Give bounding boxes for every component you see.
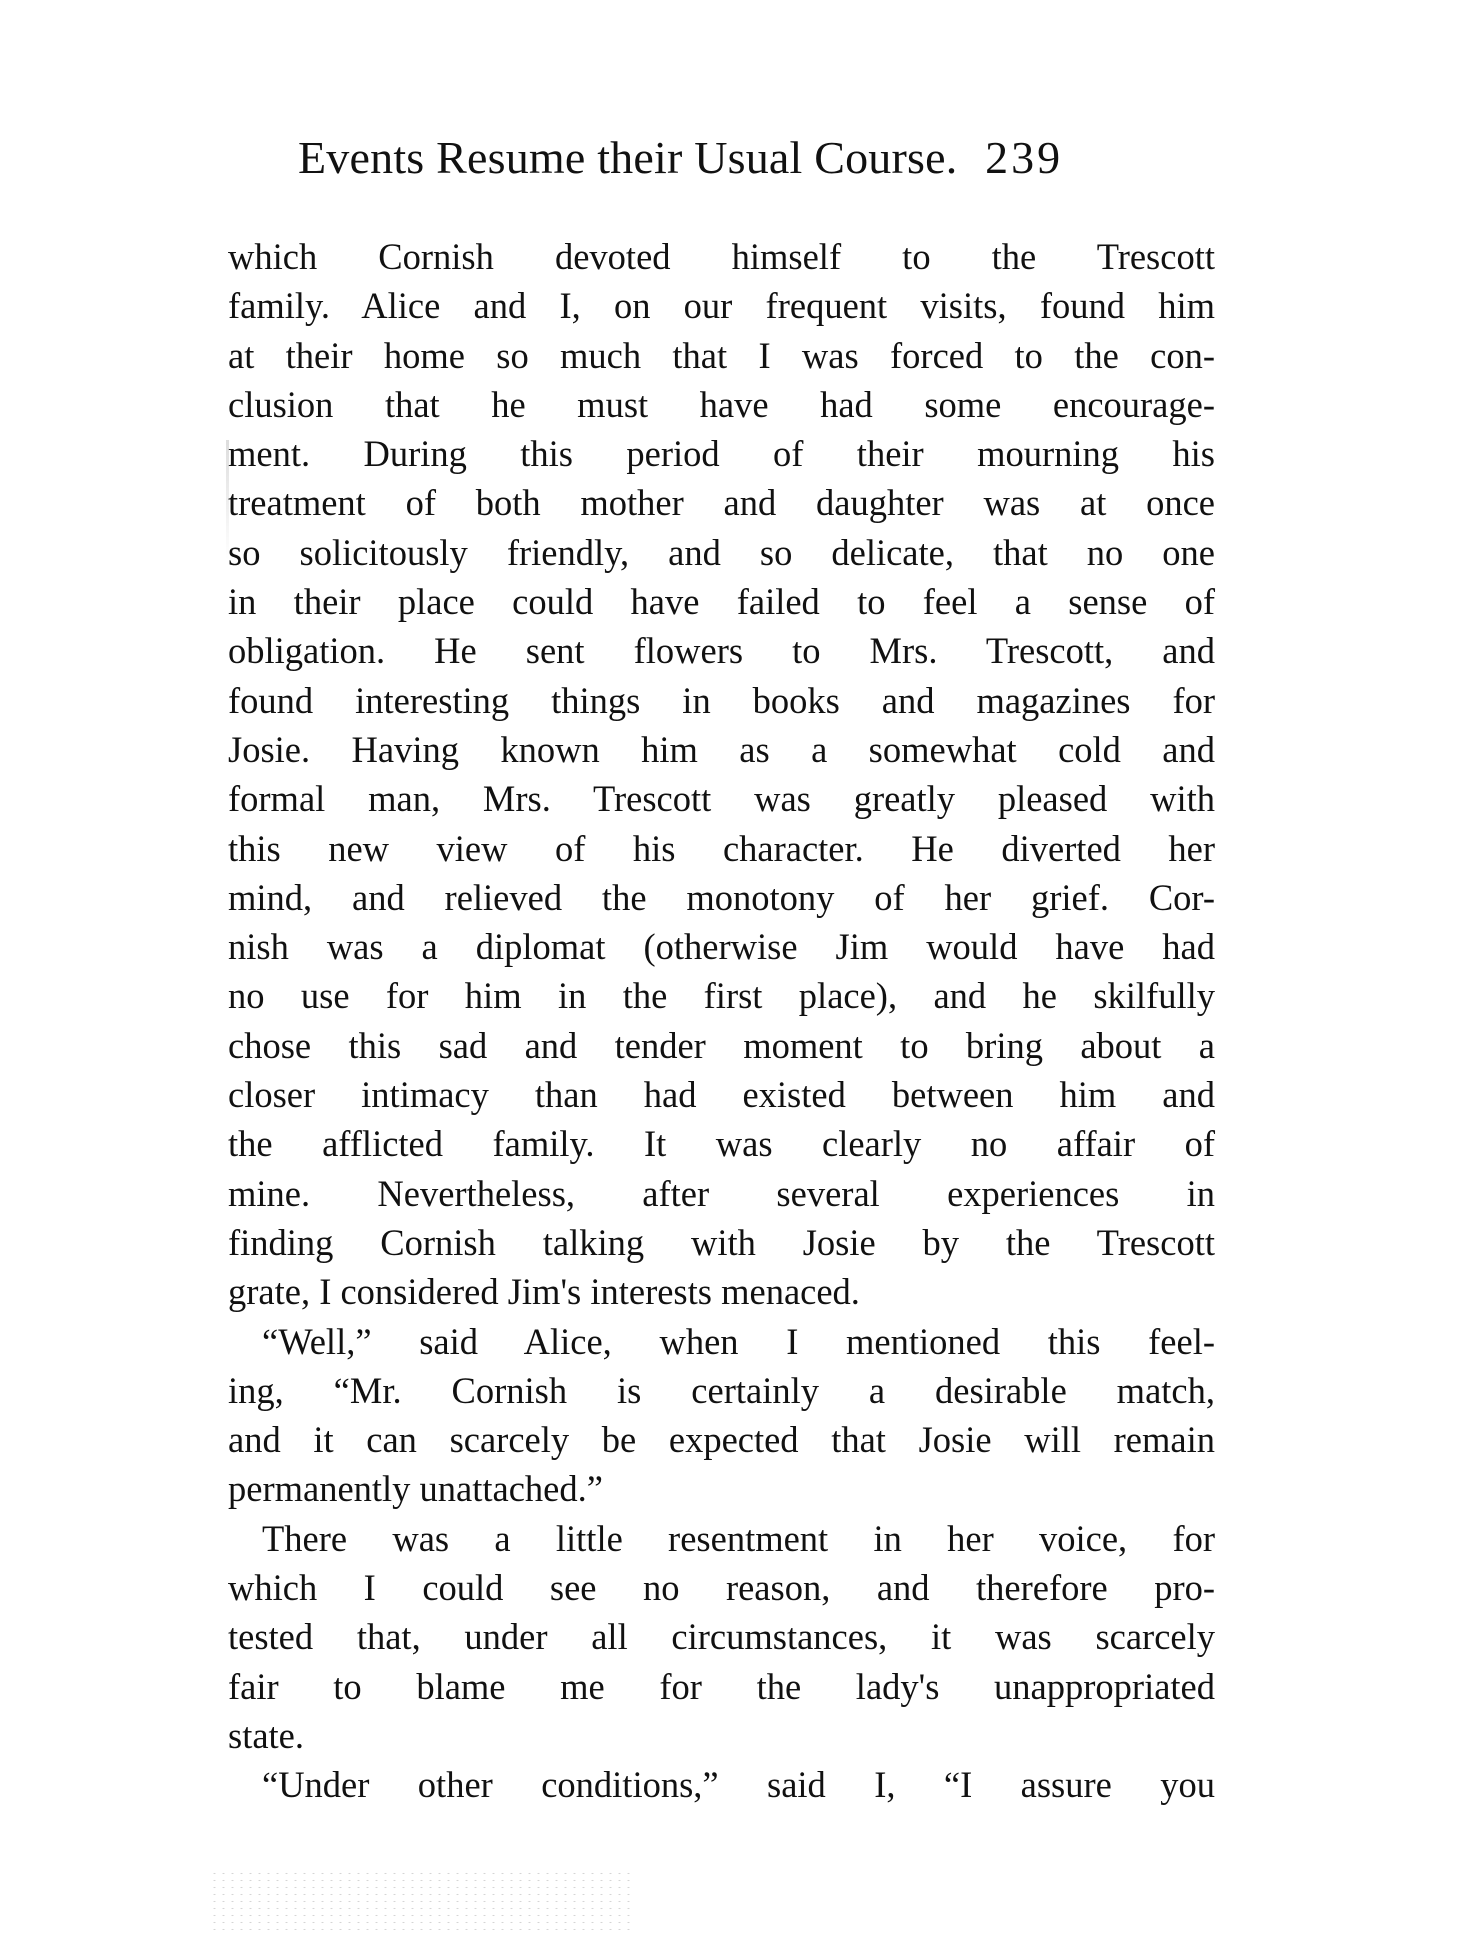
text-line: which I could see no reason, and therefo… [228, 1563, 1215, 1612]
scan-noise [210, 1870, 630, 1930]
text-line: so solicitously friendly, and so delicat… [228, 528, 1215, 577]
running-head: Events Resume their Usual Course. 239 [298, 128, 1248, 188]
text-line: the afflicted family. It was clearly no … [228, 1119, 1215, 1168]
text-line: obligation. He sent flowers to Mrs. Tres… [228, 626, 1215, 675]
body-text: which Cornish devoted himself to the Tre… [228, 232, 1215, 1810]
text-line: formal man, Mrs. Trescott was greatly pl… [228, 774, 1215, 823]
text-line: finding Cornish talking with Josie by th… [228, 1218, 1215, 1267]
text-line: permanently unattached.” [228, 1464, 1215, 1513]
text-line: Josie. Having known him as a somewhat co… [228, 725, 1215, 774]
text-line: which Cornish devoted himself to the Tre… [228, 232, 1215, 281]
text-line: mine. Nevertheless, after several experi… [228, 1169, 1215, 1218]
text-line: grate, I considered Jim's interests mena… [228, 1267, 1215, 1316]
text-line: chose this sad and tender moment to brin… [228, 1021, 1215, 1070]
text-line: fair to blame me for the lady's unapprop… [228, 1662, 1215, 1711]
text-line: nish was a diplomat (otherwise Jim would… [228, 922, 1215, 971]
text-line: mind, and relieved the monotony of her g… [228, 873, 1215, 922]
text-line: treatment of both mother and daughter wa… [228, 478, 1215, 527]
text-line: ment. During this period of their mourni… [228, 429, 1215, 478]
text-line: found interesting things in books and ma… [228, 676, 1215, 725]
page-number: 239 [985, 132, 1063, 183]
text-line: There was a little resentment in her voi… [228, 1514, 1215, 1563]
book-page: Events Resume their Usual Course. 239 wh… [0, 0, 1464, 1940]
text-line: at their home so much that I was forced … [228, 331, 1215, 380]
text-line: this new view of his character. He diver… [228, 824, 1215, 873]
text-line: clusion that he must have had some encou… [228, 380, 1215, 429]
text-line: closer intimacy than had existed between… [228, 1070, 1215, 1119]
text-line: “Under other conditions,” said I, “I ass… [228, 1760, 1215, 1809]
text-line: state. [228, 1711, 1215, 1760]
text-line: no use for him in the first place), and … [228, 971, 1215, 1020]
text-line: ing, “Mr. Cornish is certainly a desirab… [228, 1366, 1215, 1415]
text-line: and it can scarcely be expected that Jos… [228, 1415, 1215, 1464]
text-line: “Well,” said Alice, when I mentioned thi… [228, 1317, 1215, 1366]
text-line: tested that, under all circumstances, it… [228, 1612, 1215, 1661]
text-line: family. Alice and I, on our frequent vis… [228, 281, 1215, 330]
chapter-title: Events Resume their Usual Course. [298, 132, 957, 183]
text-line: in their place could have failed to feel… [228, 577, 1215, 626]
